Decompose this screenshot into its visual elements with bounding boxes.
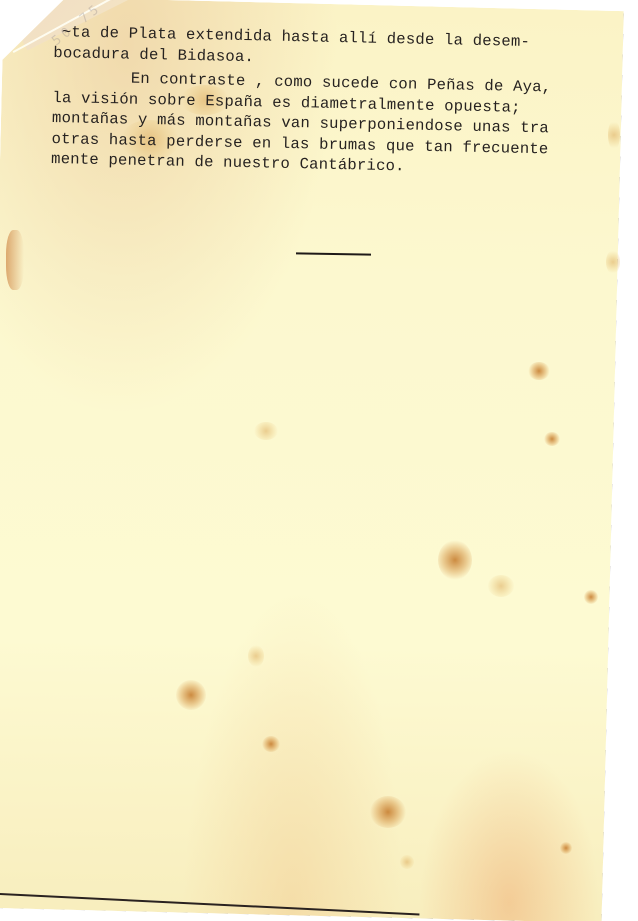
stain <box>262 736 280 752</box>
stain <box>176 680 206 710</box>
stain <box>488 575 514 597</box>
stain <box>528 362 550 380</box>
stain <box>560 842 572 854</box>
stain <box>248 645 264 667</box>
typewritten-text: ~ta de Plata extendida hasta allí desde … <box>51 22 634 182</box>
scanned-page: 50 75 de ~ta de Plata extendida hasta al… <box>0 0 638 921</box>
edge-stain <box>6 230 24 290</box>
scan-margin <box>626 0 638 921</box>
stain <box>544 432 560 446</box>
stain <box>400 855 414 869</box>
stain <box>438 540 472 580</box>
stain <box>254 422 278 440</box>
stain <box>606 250 620 274</box>
stain <box>370 796 406 828</box>
stain <box>584 590 598 604</box>
